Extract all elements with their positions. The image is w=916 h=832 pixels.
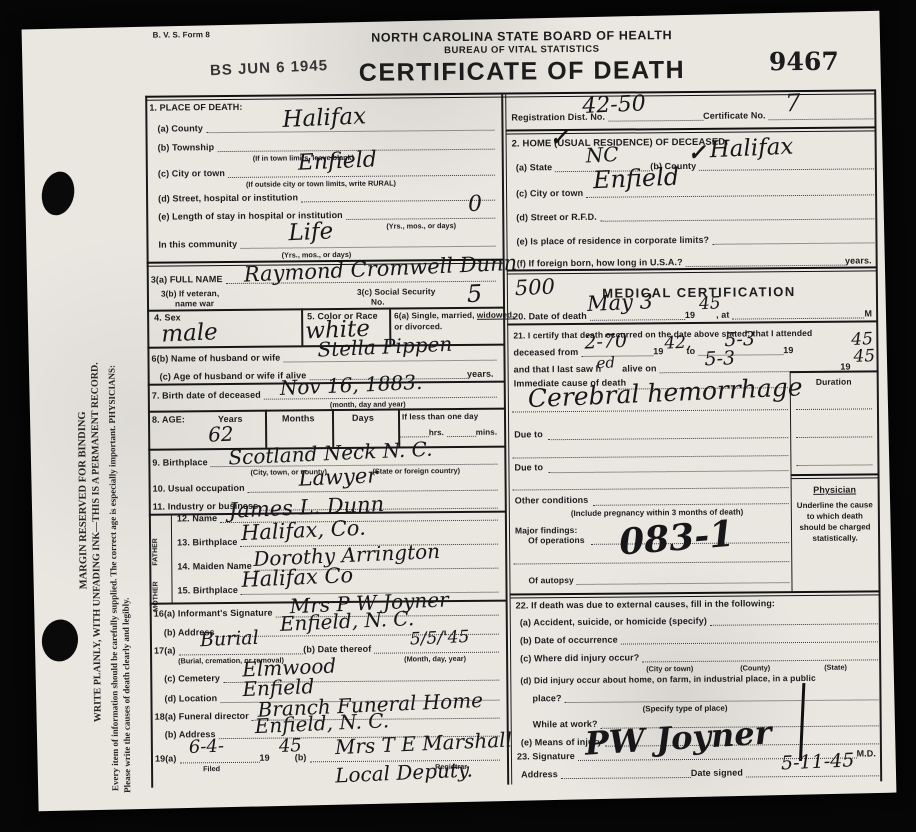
major-findings-label: Major findings: (515, 525, 578, 536)
father-birthplace-label: 13. Birthplace (177, 537, 241, 548)
cell-border (301, 308, 303, 345)
occupation-label: 10. Usual occupation (153, 483, 248, 494)
ssn-label2: No. (371, 297, 385, 307)
injury-where-label: (c) Where did injury occur? (520, 652, 642, 663)
injury-state-hint: (State) (824, 663, 847, 672)
deputy-value: Local Deputy. (335, 759, 474, 785)
birthplace-label: 9. Birthplace (152, 457, 210, 468)
home-county-checkmark-icon: ✓ (687, 142, 706, 165)
filed-year-value: 45 (278, 737, 302, 756)
cemetery-label: (c) Cemetery (164, 673, 223, 684)
home-street-label: (d) Street or R.F.D. (516, 212, 600, 223)
date-of-death-label: 20. Date of death (513, 311, 590, 322)
cell-border (265, 410, 267, 448)
injury-place-hint: (Specify type of place) (643, 704, 728, 714)
filed-year-prefix: 19 (259, 753, 272, 763)
home-corporate-field: (e) Is place of residence in corporate l… (516, 230, 874, 246)
injury-place-label2: place? (532, 693, 564, 703)
margin-supply-info-notice: Every item of information should be care… (107, 365, 121, 791)
form-id: B. V. S. Form 8 (153, 30, 210, 39)
spouse-age-suffix: years. (467, 369, 497, 379)
street-field: (d) Street, hospital or institution (158, 188, 495, 204)
stay-value: 0 (468, 194, 483, 217)
certificate-no-label: Certificate No. (703, 110, 769, 121)
accident-field: (a) Accident, suicide, or homicide (spec… (520, 612, 878, 627)
physician-address-label: Address (521, 769, 561, 779)
medical-pre-number: 500 (514, 276, 555, 299)
mother-birthplace-label: 15. Birthplace (177, 585, 241, 596)
date-signed-label: Date signed (691, 768, 746, 778)
registration-field: Registration Dist. No. Certificate No. (511, 106, 873, 122)
funeral-director-address-value: Enfield, N. C. (254, 710, 389, 736)
ssn-value: 5 (466, 282, 482, 307)
home-city-label: (c) City or town (516, 188, 586, 199)
funeral-director-label: 18(a) Funeral director (155, 711, 252, 722)
md-label: M.D. (857, 748, 879, 758)
autopsy-line (576, 582, 789, 585)
header-rule (145, 89, 875, 100)
veteran-label2: name war (175, 298, 214, 308)
marital-label: 6(a) Single, married, widowed, (394, 311, 514, 321)
physician-label: Physician (795, 484, 875, 495)
spouse-label: 6(b) Name of husband or wife (151, 353, 283, 364)
of-autopsy-label: Of autopsy (528, 575, 573, 585)
city-value: Enfield (297, 149, 377, 174)
marital-widowed-underlined: widowed, (477, 311, 515, 320)
age-mins-label: mins. (476, 428, 500, 437)
operations-line2 (513, 561, 789, 564)
home-checkmark-icon: ✓ (549, 127, 568, 150)
registration-dist-value: 42-50 (582, 93, 646, 118)
veteran-label: 3(b) If veteran, (161, 288, 219, 299)
external-causes-heading: 22. If death was due to external causes,… (516, 598, 775, 610)
due-line (548, 470, 788, 473)
community-value: Life (288, 220, 334, 245)
to-year-prefix: 19 (783, 345, 796, 355)
burial-type-value: Burial (200, 629, 260, 651)
other-line (593, 503, 789, 506)
age-months-label: Months (282, 413, 315, 423)
injury-city-hint: (City or town) (646, 664, 693, 673)
county-value: Halifax (282, 105, 367, 132)
certificate-no-value: 7 (785, 91, 801, 116)
home-foreign-label: (f) If foreign born, how long in U.S.A.? (517, 257, 686, 268)
father-name-label: 12. Name (177, 513, 220, 523)
punch-hole-top (38, 169, 78, 218)
other-conditions-label: Other conditions (515, 495, 589, 506)
burial-date-value: 5/5/'45 (410, 629, 470, 649)
filed-label: Filed (203, 764, 220, 773)
fullname-label: 3(a) FULL NAME (151, 274, 226, 285)
attended-from-value: 2-70 (584, 332, 627, 353)
informant-signature-label: 16(a) Informant's Signature (154, 608, 276, 619)
of-operations-label: Of operations (528, 535, 585, 545)
margin-causes-notice: Please write the causes of death clearly… (121, 598, 133, 793)
home-foreign-suffix: years. (845, 255, 875, 265)
date-signed-value: 5-11-45 (781, 751, 855, 773)
certificate-content: MARGIN RESERVED FOR BINDING WRITE PLAINL… (0, 0, 916, 832)
ssn-label: 3(c) Social Security (357, 286, 436, 297)
due-line (548, 437, 788, 440)
dod-year-prefix: 19 (685, 310, 698, 320)
operations-value: 083-1 (618, 516, 736, 561)
date-of-death-field: 20. Date of death 19 , at M (513, 306, 875, 321)
duration-label: Duration (794, 376, 874, 387)
form-right-border (874, 89, 882, 781)
sex-value: male (161, 321, 218, 346)
last-saw-value: 5-3 (704, 349, 735, 369)
last-saw-label2: alive on (622, 363, 659, 373)
county-label: (a) County (157, 123, 206, 133)
street-label: (d) Street, hospital or institution (158, 192, 301, 203)
home-state-value: NC (585, 144, 619, 165)
accident-label: (a) Accident, suicide, or homicide (spec… (520, 616, 710, 628)
mother-birthplace-value: Halifax Co (241, 565, 354, 591)
burial-date-label: (b) Date thereof (303, 644, 374, 655)
city-label: (c) City or town (158, 168, 228, 179)
occurrence-date-field: (b) Date of occurrence (520, 630, 878, 645)
home-state-label: (a) State (516, 162, 556, 172)
last-saw-label1: and that I last saw h (514, 364, 605, 375)
burial-location-label: (d) Location (164, 693, 220, 703)
due-to-label-2: Due to (514, 462, 543, 472)
birthplace-hint2: (State or foreign country) (372, 466, 460, 476)
home-city-field: (c) City or town (516, 182, 874, 198)
saw-year-value: 45 (853, 348, 875, 366)
father-birthplace-value: Halifax, Co. (241, 518, 367, 544)
stay-hint: (Yrs., mos., or days) (386, 221, 456, 231)
township-label: (b) Township (158, 142, 218, 153)
age-days-label: Days (352, 413, 374, 423)
duration-line (796, 464, 872, 466)
age-hrs-mins: hrs. mins. (400, 425, 500, 438)
physician-signature-label: 23. Signature (517, 751, 578, 762)
home-street-field: (d) Street or R.F.D. (516, 206, 874, 222)
home-county-value: Halifax (709, 136, 794, 163)
marital-label2: or divorced. (394, 322, 442, 331)
birthdate-value: Nov 16, 1883. (279, 372, 422, 398)
occupation-value: Lawyer (298, 465, 378, 489)
duration-box-bottom (791, 473, 879, 479)
date-of-death-value: May 3 (587, 291, 654, 315)
injury-place-label: (d) Did injury occur about home, on farm… (520, 673, 816, 686)
age-label: 8. AGE: (152, 414, 185, 424)
home-city-value: Enfield (592, 165, 679, 193)
margin-binding-notice: MARGIN RESERVED FOR BINDING (77, 411, 90, 589)
last-saw-insert: ed (596, 355, 615, 371)
duration-box-top (790, 370, 878, 372)
dod-m-label: M (864, 308, 875, 318)
injury-place-field: place? (532, 688, 878, 703)
community-label: In this community (158, 239, 240, 250)
due-line (512, 455, 788, 458)
burial-date-hint: (Month, day, year) (404, 654, 466, 664)
punch-hole-bottom (39, 617, 80, 663)
certify-statement: 21. I certify that death occurred on the… (513, 328, 812, 341)
burial-num-label: 17(a) (154, 645, 179, 655)
due-to-label-1: Due to (514, 429, 543, 439)
filed-date-value: 6-4- (189, 737, 225, 757)
occurrence-date-label: (b) Date of occurrence (520, 635, 621, 646)
home-corporate-label: (e) Is place of residence in corporate l… (516, 235, 712, 247)
section21-rule (510, 590, 880, 598)
parents-divider (171, 513, 173, 603)
injury-where-field: (c) Where did injury occur? (520, 648, 878, 663)
physician-box-left (791, 474, 793, 591)
injury-county-hint: (County) (740, 663, 770, 672)
margin-permanent-record-notice: WRITE PLAINLY, WITH UNFADING INK—THIS IS… (90, 362, 104, 722)
filed-num-label: 19(a) (155, 753, 180, 763)
attended-from-field: deceased from 19 to 19 (513, 342, 875, 357)
physician-note: Underline the cause to which death shoul… (794, 499, 876, 544)
place-of-death-heading: 1. PLACE OF DEATH: (149, 102, 242, 113)
certificate-serial-number: 9467 (769, 47, 839, 77)
spouse-value: Stella Pippen (317, 334, 453, 360)
form-left-border (145, 96, 153, 788)
father-side-label: FATHER (152, 538, 159, 566)
attended-from-label: deceased from (513, 347, 581, 358)
birthdate-label: 7. Birth date of deceased (152, 390, 264, 401)
due-line (513, 487, 789, 490)
duration-line (796, 436, 872, 438)
dod-year-value: 45 (699, 295, 721, 313)
from-year-value: 42, (664, 334, 692, 352)
age-less-label: If less than one day (402, 412, 478, 422)
duration-line (796, 408, 872, 410)
age-years-value: 62 (208, 424, 234, 445)
informant-address-value: Enfield, N. C. (279, 608, 414, 634)
page-title: CERTIFICATE OF DEATH (297, 55, 747, 88)
